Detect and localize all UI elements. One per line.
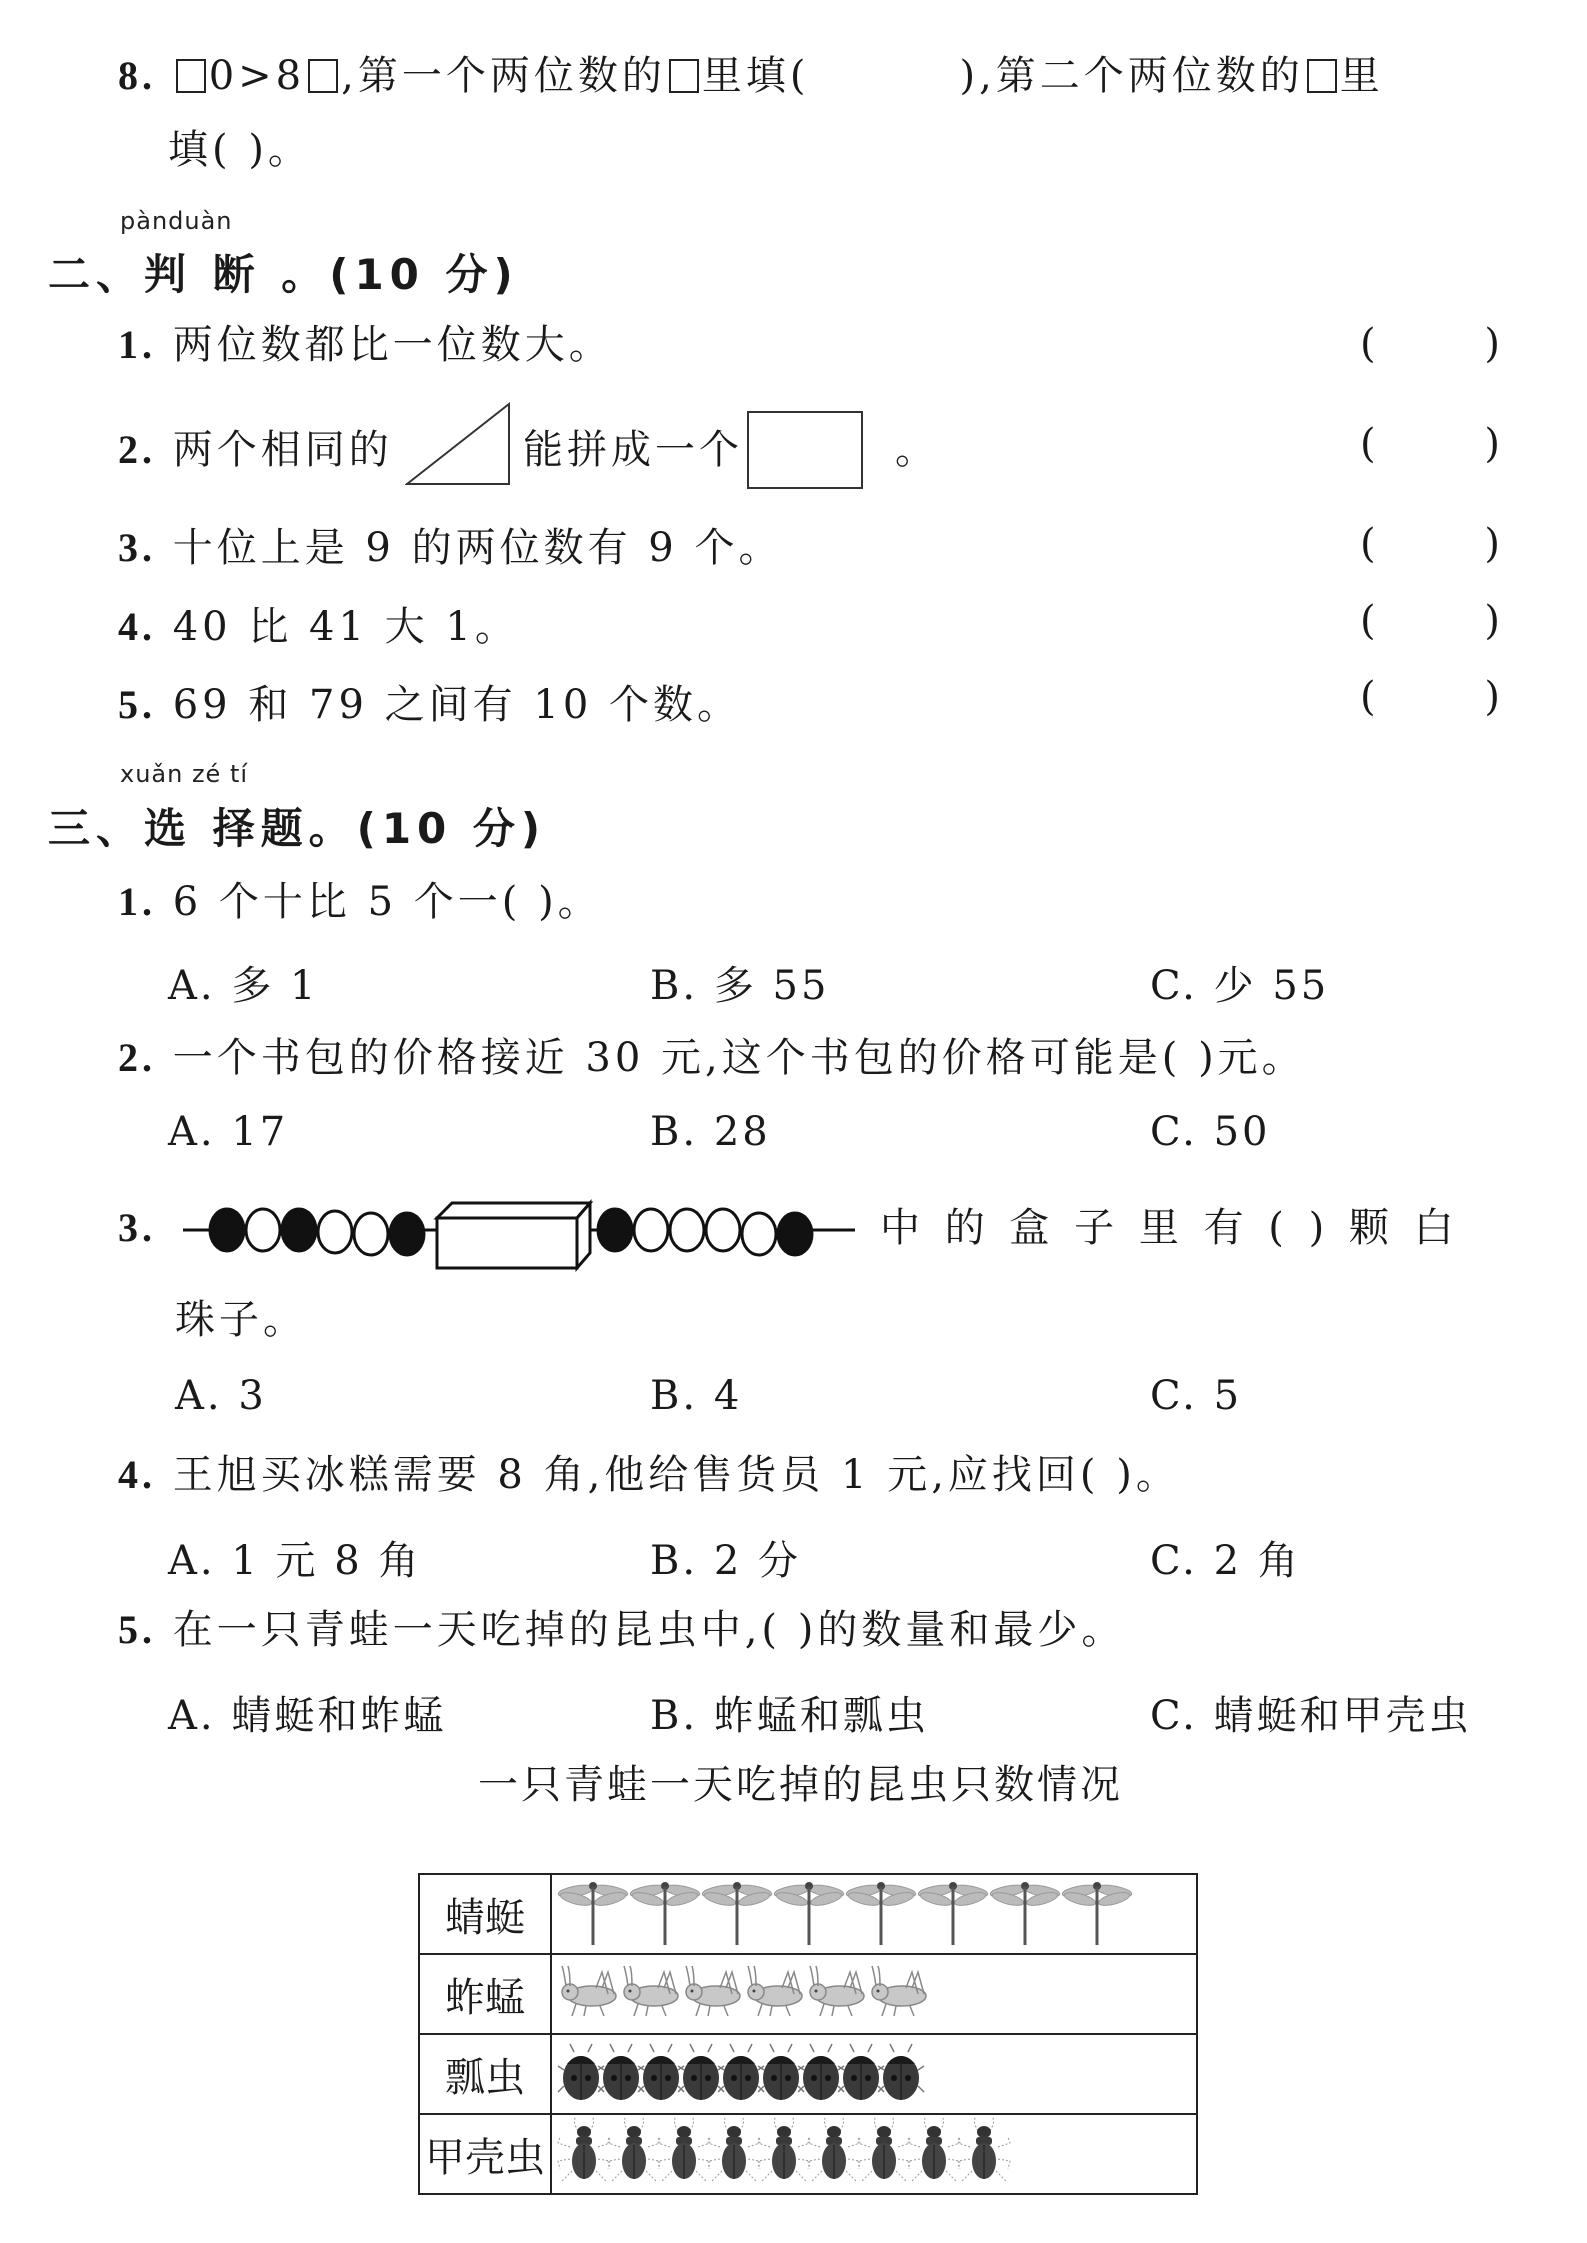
judge-item-5: 5. 69 和 79 之间有 10 个数。 xyxy=(118,681,741,729)
row-label: 蚱蜢 xyxy=(419,1954,551,2034)
item-text: 王旭买冰糕需要 8 角,他给售货员 1 元,应找回( )。 xyxy=(173,1452,1180,1498)
q8-text: 里填( xyxy=(702,53,810,99)
dragonfly-icon xyxy=(772,1877,846,1951)
answer-paren-4[interactable]: () xyxy=(1360,598,1500,644)
item-text: 6 个十比 5 个一( )。 xyxy=(173,879,602,925)
q8-line2: 填( )。 xyxy=(168,126,312,174)
icon-cell xyxy=(551,1874,1197,1954)
paren-open: ( xyxy=(1360,421,1376,467)
grasshopper-icon xyxy=(804,1964,870,2024)
icon-cell xyxy=(551,1954,1197,2034)
grasshopper-icon xyxy=(866,1964,932,2024)
choice-item-2: 2. 一个书包的价格接近 30 元,这个书包的价格可能是( )元。 xyxy=(118,1034,1306,1082)
option-b[interactable]: B. 28 xyxy=(650,1109,771,1155)
item-text: 两位数都比一位数大。 xyxy=(173,322,613,368)
blank-box-symbol xyxy=(669,59,699,93)
rectangle-icon xyxy=(746,410,864,490)
icon-cell xyxy=(551,2034,1197,2114)
paren-close: ) xyxy=(1484,321,1500,367)
judge-item-2-after: 。 xyxy=(895,426,939,474)
option-b[interactable]: B. 蚱蜢和瓢虫 xyxy=(650,1684,929,1741)
option-b[interactable]: B. 多 55 xyxy=(650,954,829,1011)
answer-paren-5[interactable]: () xyxy=(1360,674,1500,720)
box-icon xyxy=(437,1203,590,1268)
item-text: 在一只青蛙一天吃掉的昆虫中,( )的数量和最少。 xyxy=(173,1607,1126,1653)
judge-item-3: 3. 十位上是 9 的两位数有 9 个。 xyxy=(118,524,782,572)
beads-left xyxy=(210,1209,424,1255)
dragonfly-icon xyxy=(1060,1877,1134,1951)
choice-item-5: 5. 在一只青蛙一天吃掉的昆虫中,( )的数量和最少。 xyxy=(118,1606,1125,1654)
answer-paren-3[interactable]: () xyxy=(1360,521,1500,567)
item-text: 40 比 41 大 1。 xyxy=(173,604,519,650)
row-label: 甲壳虫 xyxy=(419,2114,551,2194)
answer-paren-2[interactable]: () xyxy=(1360,421,1500,467)
item-text: 69 和 79 之间有 10 个数。 xyxy=(173,682,741,728)
option-c[interactable]: C. 50 xyxy=(1150,1109,1271,1155)
blank-box[interactable] xyxy=(308,59,338,93)
paren-close: ) xyxy=(1484,521,1500,567)
choice-item-3-number: 3. xyxy=(118,1204,156,1252)
paren-close: ) xyxy=(1484,598,1500,644)
item-number: 1. xyxy=(118,879,156,924)
option-a[interactable]: A. 多 1 xyxy=(168,954,318,1011)
section3-title: 三、选 择题。(10 分) xyxy=(48,796,546,856)
row-label: 瓢虫 xyxy=(419,2034,551,2114)
q8-text: ,第一个两位数的 xyxy=(341,53,666,99)
judge-item-2-middle: 能拼成一个 xyxy=(523,426,743,474)
grasshopper-icon xyxy=(680,1964,746,2024)
blank-box[interactable] xyxy=(176,59,206,93)
grasshopper-icon xyxy=(556,1964,622,2024)
item-text: 十位上是 9 的两位数有 9 个。 xyxy=(173,525,783,571)
item-number: 3. xyxy=(118,1205,156,1250)
chart-title: 一只青蛙一天吃掉的昆虫只数情况 xyxy=(478,1761,1123,1809)
item-number: 4. xyxy=(118,604,156,649)
dragonfly-icon xyxy=(988,1877,1062,1951)
item-text: 一个书包的价格接近 30 元,这个书包的价格可能是( )元。 xyxy=(173,1035,1306,1081)
item-number: 4. xyxy=(118,1452,156,1497)
option-a[interactable]: A. 17 xyxy=(168,1109,288,1155)
item-number: 2. xyxy=(118,1035,156,1080)
dragonfly-icon xyxy=(628,1877,702,1951)
table-row: 蜻蜓 xyxy=(419,1874,1197,1954)
item-number: 3. xyxy=(118,525,156,570)
option-a[interactable]: A. 3 xyxy=(175,1373,267,1419)
table-row: 甲壳虫 xyxy=(419,2114,1197,2194)
beetle-icon xyxy=(906,2117,962,2191)
beetle-icon xyxy=(956,2117,1012,2191)
option-c[interactable]: C. 少 55 xyxy=(1150,954,1329,1011)
item-number: 2. xyxy=(118,427,156,472)
q8-text: ),第二个两位数的 xyxy=(959,53,1303,99)
beetle-icon xyxy=(556,2117,612,2191)
option-c[interactable]: C. 蜻蜓和甲壳虫 xyxy=(1150,1684,1472,1741)
section3-pinyin: xuǎn zé tí xyxy=(120,760,248,788)
paren-open: ( xyxy=(1360,598,1376,644)
option-b[interactable]: B. 4 xyxy=(650,1373,742,1419)
beetle-icon xyxy=(756,2117,812,2191)
section2-pinyin: pànduàn xyxy=(120,207,233,235)
option-c[interactable]: C. 5 xyxy=(1150,1373,1242,1419)
q8-line1: 8. 0>8,第一个两位数的里填(),第二个两位数的里 xyxy=(118,52,1384,100)
table-row: 瓢虫 xyxy=(419,2034,1197,2114)
q8-number: 8. xyxy=(118,53,156,98)
dragonfly-icon xyxy=(700,1877,774,1951)
option-b[interactable]: B. 2 分 xyxy=(650,1529,801,1586)
dragonfly-icon xyxy=(844,1877,918,1951)
beads-right xyxy=(598,1209,812,1255)
section2-title: 二、判 断 。(10 分) xyxy=(48,242,519,302)
q8-text: 里 xyxy=(1340,53,1384,99)
option-a[interactable]: A. 1 元 8 角 xyxy=(168,1529,421,1586)
blank-box-symbol xyxy=(1307,59,1337,93)
choice-item-1: 1. 6 个十比 5 个一( )。 xyxy=(118,878,602,926)
item-number: 5. xyxy=(118,1607,156,1652)
choice-item-3-text: 中 的 盒 子 里 有 ( ) 颗 白 xyxy=(880,1204,1460,1252)
dragonfly-icon xyxy=(556,1877,630,1951)
judge-item-2: 2. 两个相同的 xyxy=(118,426,393,474)
icon-cell xyxy=(551,2114,1197,2194)
beetle-icon xyxy=(606,2117,662,2191)
judge-item-4: 4. 40 比 41 大 1。 xyxy=(118,603,519,651)
item-text: 两个相同的 xyxy=(173,427,393,473)
right-triangle-icon xyxy=(405,402,511,486)
judge-item-1: 1. 两位数都比一位数大。 xyxy=(118,321,613,369)
q8-expression: 0>8 xyxy=(209,53,305,99)
choice-item-3-text-line2: 珠子。 xyxy=(175,1296,307,1344)
beetle-icon xyxy=(656,2117,712,2191)
paren-open: ( xyxy=(1360,521,1376,567)
item-number: 5. xyxy=(118,682,156,727)
table-row: 蚱蜢 xyxy=(419,1954,1197,2034)
row-label: 蜻蜓 xyxy=(419,1874,551,1954)
paren-close: ) xyxy=(1484,674,1500,720)
beetle-icon xyxy=(806,2117,862,2191)
grasshopper-icon xyxy=(618,1964,684,2024)
paren-open: ( xyxy=(1360,674,1376,720)
grasshopper-icon xyxy=(742,1964,808,2024)
ladybug-icon xyxy=(876,2042,926,2106)
choice-item-4: 4. 王旭买冰糕需要 8 角,他给售货员 1 元,应找回( )。 xyxy=(118,1451,1180,1499)
beetle-icon xyxy=(856,2117,912,2191)
paren-close: ) xyxy=(1484,421,1500,467)
item-number: 1. xyxy=(118,322,156,367)
paren-open: ( xyxy=(1360,321,1376,367)
option-a[interactable]: A. 蜻蜓和蚱蜢 xyxy=(168,1684,446,1741)
beetle-icon xyxy=(706,2117,762,2191)
option-c[interactable]: C. 2 角 xyxy=(1150,1529,1301,1586)
insect-pictograph-table: 蜻蜓 蚱蜢 瓢虫 甲壳虫 xyxy=(418,1873,1198,2195)
answer-paren-1[interactable]: () xyxy=(1360,321,1500,367)
bead-string-diagram xyxy=(175,1185,865,1275)
dragonfly-icon xyxy=(916,1877,990,1951)
